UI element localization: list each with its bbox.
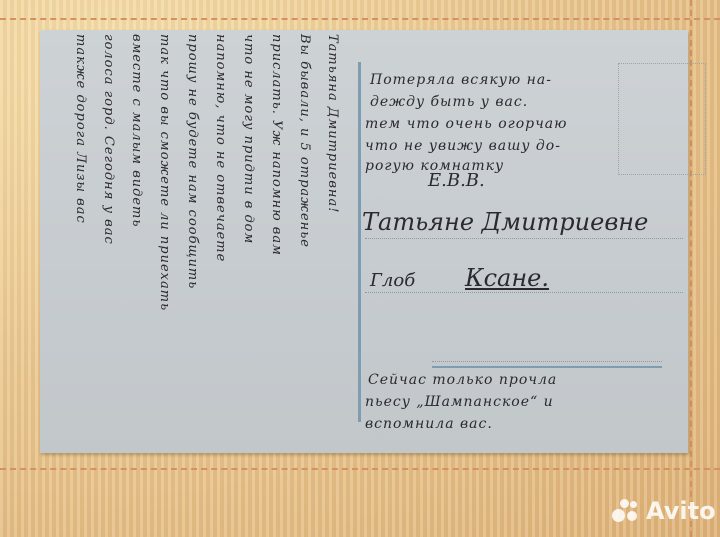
address-recipient: Татьяне Дмитриевне: [362, 208, 648, 236]
handwritten-line: напомню, что не отвечаете: [213, 34, 228, 262]
quilt-stitch: [0, 468, 720, 470]
message-line: Потеряла всякую на-: [370, 72, 552, 88]
handwritten-line: прислать. Уж напомню вам: [269, 34, 284, 256]
message-line: пьесу „Шампанское“ и: [365, 394, 554, 410]
avito-label: Avito: [646, 497, 716, 525]
postcard: Татьяна Дмитриевна! Вы бывали, и 5 отраж…: [40, 30, 688, 453]
address-line: [432, 361, 662, 363]
message-line: что не увижу вашу до-: [365, 138, 561, 154]
handwritten-line: прошу не будете нам сообщить: [185, 34, 200, 289]
address-line: [365, 238, 683, 240]
postcard-divider: [358, 62, 361, 422]
stamp-box: [618, 63, 706, 175]
address-line: [365, 292, 683, 294]
handwritten-line: так что вы сможете ли приехать: [157, 34, 172, 311]
message-line: дежду быть у вас.: [370, 94, 528, 110]
left-message-area: Татьяна Дмитриевна! Вы бывали, и 5 отраж…: [50, 30, 350, 453]
handwritten-line: Татьяна Дмитриевна!: [325, 34, 340, 213]
handwritten-line: голоса горд. Сегодня у вас: [101, 34, 116, 245]
address-bar: [432, 366, 662, 368]
signature: Е.В.В.: [428, 170, 485, 191]
handwritten-line: что не могу придти в дом: [241, 34, 256, 244]
handwritten-line: вместе с малым видеть: [129, 34, 144, 227]
avito-watermark: Avito: [612, 497, 716, 525]
avito-dots-icon: [612, 499, 640, 523]
address-prefix: Глоб: [370, 270, 415, 291]
quilt-stitch: [0, 18, 720, 20]
handwritten-line: Вы бывали, и 5 отраженье: [297, 34, 312, 248]
message-line: вспомнила вас.: [365, 416, 493, 432]
address-city: Ксане.: [465, 264, 549, 292]
handwritten-line: также дорога Лизы вас: [73, 34, 88, 224]
message-line: тем что очень огорчаю: [365, 116, 567, 132]
message-line: Сейчас только прочла: [368, 372, 557, 388]
